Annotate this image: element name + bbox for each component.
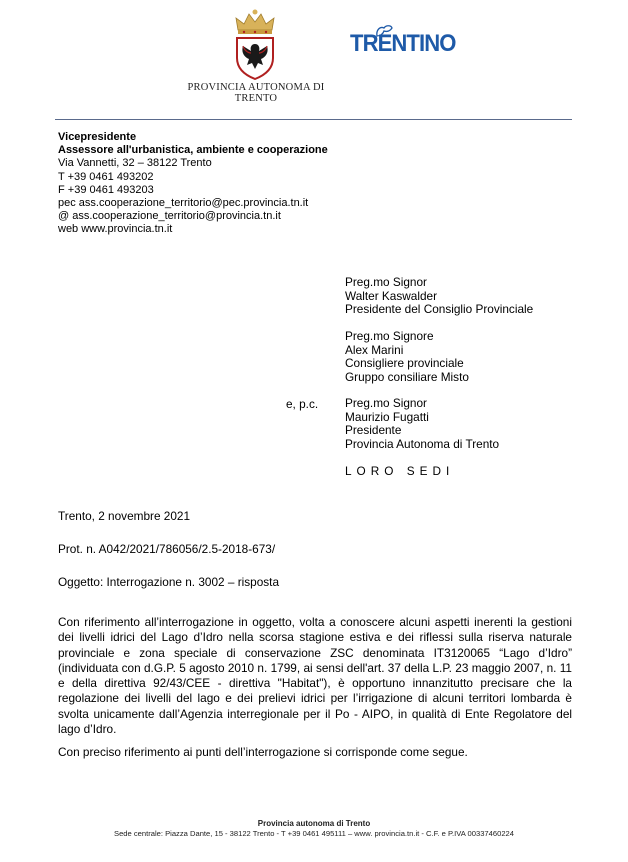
sender-title: Vicepresidente — [58, 131, 328, 144]
footer-details: Sede centrale: Piazza Dante, 15 - 38122 … — [0, 829, 628, 839]
institution-name: PROVINCIA AUTONOMA DI TRENTO — [176, 82, 336, 104]
recipient-name: Maurizio Fugatti — [345, 411, 499, 425]
page-footer: Provincia autonoma di Trento Sede centra… — [0, 819, 628, 839]
body-paragraph: Con riferimento all’interrogazione in og… — [58, 615, 572, 737]
recipient-salutation: Preg.mo Signor — [345, 276, 533, 290]
recipient-institution: Provincia Autonoma di Trento — [345, 438, 499, 452]
recipient-2: Preg.mo Signore Alex Marini Consigliere … — [345, 330, 469, 384]
sender-address: Via Vannetti, 32 – 38122 Trento — [58, 157, 328, 170]
recipient-salutation: Preg.mo Signor — [345, 397, 499, 411]
recipient-name: Alex Marini — [345, 344, 469, 358]
recipient-salutation: Preg.mo Signore — [345, 330, 469, 344]
trentino-logo: TRENTINO — [350, 30, 455, 58]
footer-title: Provincia autonoma di Trento — [0, 819, 628, 829]
letter-body: Con riferimento all’interrogazione in og… — [58, 615, 572, 769]
letter-date: Trento, 2 novembre 2021 — [58, 509, 190, 523]
recipient-role: Consigliere provinciale — [345, 357, 469, 371]
cc-label: e, p.c. — [286, 397, 318, 411]
sender-pec: pec ass.cooperazione_territorio@pec.prov… — [58, 197, 328, 210]
coat-of-arms-icon — [232, 8, 278, 80]
sender-email: @ ass.cooperazione_territorio@provincia.… — [58, 210, 328, 223]
recipient-3: Preg.mo Signor Maurizio Fugatti Presiden… — [345, 397, 499, 451]
sender-fax: F +39 0461 493203 — [58, 184, 328, 197]
body-paragraph: Con preciso riferimento ai punti dell’in… — [58, 745, 572, 760]
loro-sedi: LORO SEDI — [345, 464, 454, 478]
recipient-name: Walter Kaswalder — [345, 290, 533, 304]
header-divider — [55, 119, 572, 120]
sender-phone: T +39 0461 493202 — [58, 171, 328, 184]
recipient-1: Preg.mo Signor Walter Kaswalder Presiden… — [345, 276, 533, 317]
recipient-role: Presidente del Consiglio Provinciale — [345, 303, 533, 317]
recipient-role: Presidente — [345, 424, 499, 438]
sender-web: web www.provincia.tn.it — [58, 223, 328, 236]
letter-subject: Oggetto: Interrogazione n. 3002 – rispos… — [58, 575, 279, 589]
sender-role: Assessore all'urbanistica, ambiente e co… — [58, 144, 328, 157]
crown-icon — [236, 10, 274, 35]
recipient-group: Gruppo consiliare Misto — [345, 371, 469, 385]
sender-block: Vicepresidente Assessore all'urbanistica… — [58, 131, 328, 237]
protocol-number: Prot. n. A042/2021/786056/2.5-2018-673/ — [58, 542, 275, 556]
